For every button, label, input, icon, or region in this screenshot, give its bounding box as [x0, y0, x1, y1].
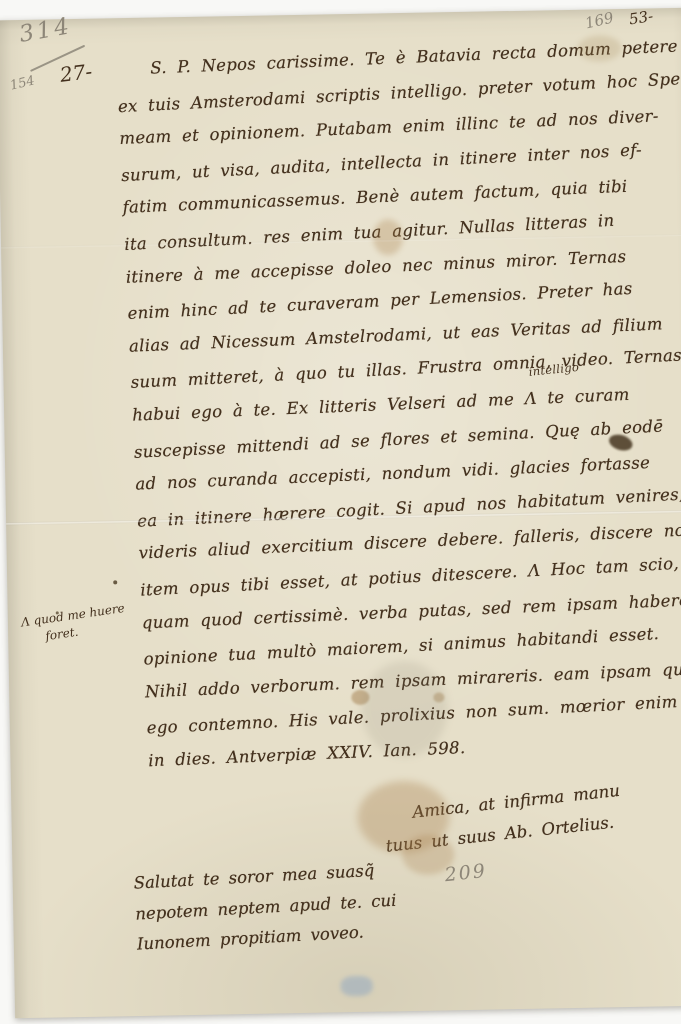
margin-insertion-note: Λ quod me huere foret.	[20, 600, 128, 648]
ink-speck	[113, 580, 117, 584]
folio-number-left-pencil: 154	[9, 73, 37, 93]
letter-body: S. P. Nepos carissime. Te è Batavia rect…	[116, 28, 681, 780]
folio-number-top-left-pencil: 314	[17, 13, 74, 48]
folio-number-top-right-ink: 53-	[628, 7, 655, 29]
blue-stamp-mark	[340, 976, 372, 997]
folio-number-left-ink: 27-	[59, 59, 94, 87]
manuscript-photo: 314 154 27- 169 53- 209 S. P. Nepos cari…	[0, 0, 681, 1024]
folio-number-top-right-pencil: 169	[583, 8, 615, 32]
letter-page: 314 154 27- 169 53- 209 S. P. Nepos cari…	[0, 8, 681, 1019]
postscript-block: Salutat te soror mea suasq̃ nepotem nept…	[133, 855, 399, 960]
folio-number-bottom-pencil: 209	[444, 860, 488, 886]
signature-block: Amica, at infirma manu tuus ut suus Ab. …	[381, 775, 625, 862]
